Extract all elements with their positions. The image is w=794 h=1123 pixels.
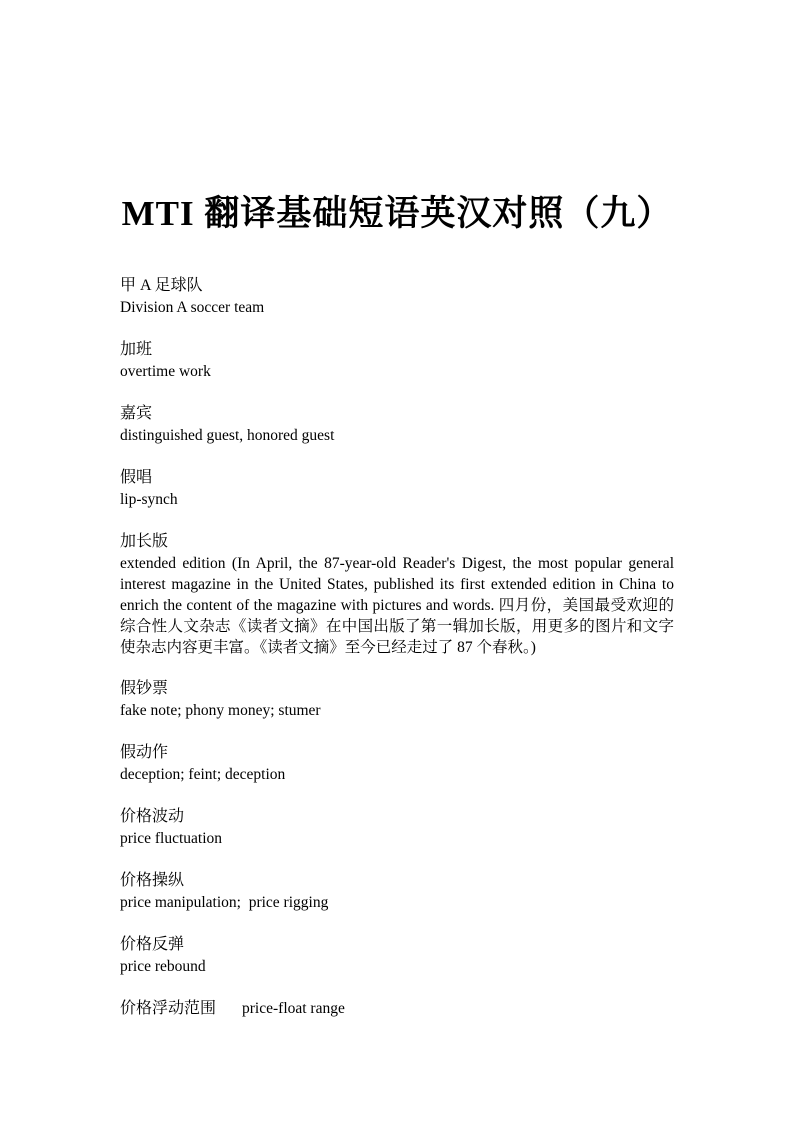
translation-en: Division A soccer team [120, 297, 674, 319]
translation-en: price rebound [120, 956, 674, 978]
translation-en: price manipulation; price rigging [120, 892, 674, 914]
term-zh: 嘉宾 [120, 402, 674, 425]
translation-en: overtime work [120, 361, 674, 383]
translation-en: deception; feint; deception [120, 764, 674, 786]
document-page: MTI 翻译基础短语英汉对照（九） 甲 A 足球队 Division A soc… [0, 0, 794, 1123]
glossary-entry: 假唱 lip-synch [120, 466, 674, 511]
glossary-entry: 假钞票 fake note; phony money; stumer [120, 677, 674, 722]
term-zh: 价格反弹 [120, 933, 674, 956]
glossary-entry: 价格波动 price fluctuation [120, 805, 674, 850]
term-zh: 假唱 [120, 466, 674, 489]
glossary-entry: 加长版 extended edition (In April, the 87-y… [120, 530, 674, 658]
term-zh: 加班 [120, 338, 674, 361]
term-zh: 价格浮动范围 [120, 1000, 216, 1017]
term-zh: 加长版 [120, 530, 674, 553]
glossary-entry: 价格浮动范围price-float range [120, 997, 674, 1020]
glossary-entry: 嘉宾 distinguished guest, honored guest [120, 402, 674, 447]
term-zh: 价格波动 [120, 805, 674, 828]
term-zh: 价格操纵 [120, 869, 674, 892]
glossary-entry: 甲 A 足球队 Division A soccer team [120, 274, 674, 319]
glossary-list: 甲 A 足球队 Division A soccer team 加班 overti… [120, 274, 674, 1020]
translation-en: lip-synch [120, 489, 674, 511]
term-zh: 甲 A 足球队 [120, 274, 674, 297]
glossary-entry: 价格反弹 price rebound [120, 933, 674, 978]
translation-en: fake note; phony money; stumer [120, 700, 674, 722]
glossary-entry: 加班 overtime work [120, 338, 674, 383]
term-zh: 假动作 [120, 741, 674, 764]
glossary-entry: 假动作 deception; feint; deception [120, 741, 674, 786]
term-zh: 假钞票 [120, 677, 674, 700]
translation-en: price-float range [242, 1000, 345, 1017]
translation-en: price fluctuation [120, 828, 674, 850]
translation-en: extended edition (In April, the 87-year-… [120, 553, 674, 658]
glossary-entry: 价格操纵 price manipulation; price rigging [120, 869, 674, 914]
document-title: MTI 翻译基础短语英汉对照（九） [120, 192, 674, 236]
translation-en: distinguished guest, honored guest [120, 425, 674, 447]
